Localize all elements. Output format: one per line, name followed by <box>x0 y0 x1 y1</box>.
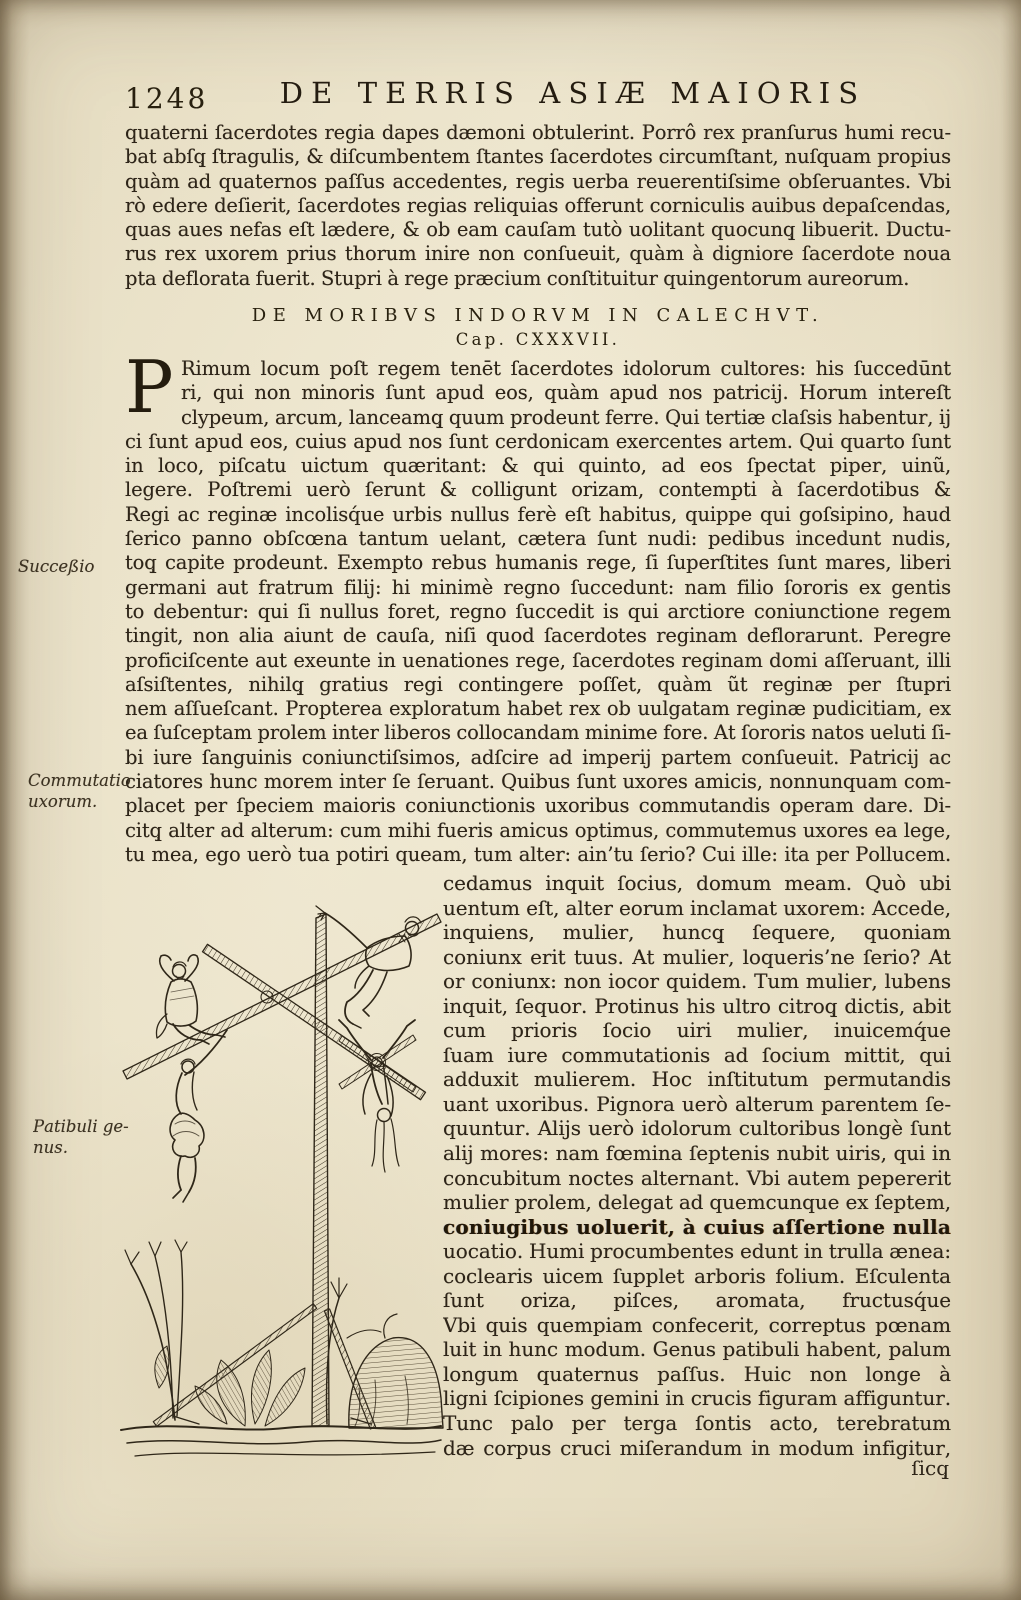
text-line: Regi ac reginæ incolisq́ue urbis nullus … <box>125 503 951 527</box>
figure-climber <box>170 1030 227 1202</box>
text-line: quàm ad quaternos paſſus accedentes, reg… <box>125 170 951 194</box>
text-line: uocatio. Humi procumbentes edunt in trul… <box>443 1239 951 1264</box>
margin-note-commutatio-uxorum: Commutatiouxorum. <box>28 770 146 812</box>
text-line: rò edere deſierit, ſacerdotes regias rel… <box>125 194 951 218</box>
text-line: bat abſq̧ ſtragulis, & diſcumbentem ſtan… <box>125 145 951 169</box>
text-line: aſsiſtentes, nihilq̧ gratius regi contin… <box>125 673 951 697</box>
text-line: Vbi quis quempiam confecerit, correptus … <box>443 1313 951 1338</box>
text-line: clypeum, arcum, lanceamq̧ quum prodeunt … <box>181 406 951 430</box>
text-line: uentum eſt, alter eorum inclamat uxorem:… <box>443 896 951 921</box>
text-line: concubitum noctes alternant. Vbi autem p… <box>443 1166 951 1191</box>
text-line: citq̧ alter ad alterum: cum mihi fueris … <box>125 819 951 843</box>
catchword: ſicq̧ <box>911 1456 949 1480</box>
text-line: longum quaternus paſſus. Huic non longe … <box>443 1362 951 1387</box>
margin-note-successio-regum: Succeßio regū <box>18 556 126 577</box>
text-line: germani aut fratrum filij: hi minimè reg… <box>125 576 951 600</box>
text-line: pta deflorata fuerit. Stupri à rege præc… <box>125 267 951 291</box>
text-line: inquit, ſequor. Protinus his ultro citro… <box>443 994 951 1019</box>
text-line: uant uxoribus. Pignora uerò alterum pare… <box>443 1092 951 1117</box>
text-line: dæ corpus cruci miſerandum in modum infi… <box>443 1436 951 1461</box>
dropcap-initial: P <box>125 357 181 406</box>
text-line: quuntur. Alijs uerò idolorum cultoribus … <box>443 1116 951 1141</box>
text-line: luit in hunc modum. Genus patibuli haben… <box>443 1337 951 1362</box>
text-line: rus rex uxorem prius thorum inire non co… <box>125 242 951 266</box>
figure-hanged-body <box>339 1020 416 1172</box>
text-line: cum prioris ſocio uiri mulier, inuicemq́… <box>443 1018 951 1043</box>
chapter-heading: DE MORIBVS INDORVM IN CALECHVT. <box>125 305 951 326</box>
text-line: coclearis uicem ſupplet arboris folium. … <box>443 1264 951 1289</box>
text-line: uxorum. <box>28 791 146 812</box>
text-line: placet per ſpeciem maioris coniunctionis… <box>125 794 951 818</box>
text-line: bi iure ſanguinis coniunctiſsimos, adſci… <box>125 746 951 770</box>
chapter-number: Cap. CXXXVII. <box>125 330 951 349</box>
text-line: ri, qui non minoris ſunt apud eos, quàm … <box>181 381 951 405</box>
running-title: DE TERRIS ASIÆ MAIORIS <box>195 76 951 110</box>
text-line: Commutatio <box>28 770 146 791</box>
text-line: quas aues nefas eſt lædere, & ob eam cau… <box>125 218 951 242</box>
text-line: to debentur: qui ſi nullus foret, regno … <box>125 600 951 624</box>
gallows-pole <box>312 914 329 1426</box>
text-line: Rimum locum poſt regem tenēt ſacerdotes … <box>181 357 951 381</box>
text-line: inquiens, mulier, huncq̧ ſequere, quonia… <box>443 920 951 945</box>
text-line: ſerico panno obſcœna tantum uelant, cæte… <box>125 527 951 551</box>
text-line: adduxit mulierem. Hoc inſtitutum permuta… <box>443 1067 951 1092</box>
text-line: Succeßio regū <box>18 556 126 577</box>
text-line: ci ſunt apud eos, cuius apud nos ſunt ce… <box>125 430 951 454</box>
text-line: ea ſuſceptam prolem inter liberos colloc… <box>125 721 951 745</box>
text-line: coniunx erit tuus. At mulier, loqueris’n… <box>443 945 951 970</box>
text-line: tu mea, ego uerò tua potiri queam, tum a… <box>125 843 951 867</box>
text-line: proficiſcente aut exeunte in uenationes … <box>125 649 951 673</box>
book-page: 1248 DE TERRIS ASIÆ MAIORIS quaterni ſac… <box>0 0 1021 1600</box>
text-line: ciatores hunc morem inter ſe ſeruant. Qu… <box>125 770 951 794</box>
patibulum-woodcut-illustration <box>115 868 447 1465</box>
text-line: or coniunx: non iocor quidem. Tum mulier… <box>443 969 951 994</box>
intro-paragraph: quaterni ſacerdotes regia dapes dæmoni o… <box>125 121 951 291</box>
text-line: tingit, non alia aiunt de cauſa, niſi qu… <box>125 624 951 648</box>
text-line: alij mores: nam fœmina ſeptenis nubit ui… <box>443 1141 951 1166</box>
column-paragraph: cedamus inquit ſocius, domum meam. Quò u… <box>443 871 951 1460</box>
text-line: in loco, piſcatu uictum quæritant: & qui… <box>125 454 951 478</box>
running-head: 1248 DE TERRIS ASIÆ MAIORIS <box>125 76 951 120</box>
text-line: quaterni ſacerdotes regia dapes dæmoni o… <box>125 121 951 145</box>
text-line: ligni ſcipiones gemini in crucis figuram… <box>443 1386 951 1411</box>
text-line: coniugibus uoluerit, à cuius aſſertione … <box>443 1215 951 1240</box>
patibulum-woodcut-icon <box>115 868 447 1465</box>
body-paragraph: P Rimum locum poſt regem tenēt ſacerdote… <box>125 357 951 867</box>
vegetation <box>125 1240 381 1426</box>
text-line: mulier prolem, delegat ad quemcunque ex … <box>443 1190 951 1215</box>
text-line: legere. Poſtremi uerò ſerunt & colligunt… <box>125 478 951 502</box>
text-line: cedamus inquit ſocius, domum meam. Quò u… <box>443 871 951 896</box>
text-line: Tunc palo per terga ſontis acto, terebra… <box>443 1411 951 1436</box>
text-line: nem aſſueſcant. Propterea exploratum hab… <box>125 697 951 721</box>
text-line: ſuam iure commutationis ad ſocium mittit… <box>443 1043 951 1068</box>
text-line: toq̧ capite prodeunt. Exempto rebus huma… <box>125 551 951 575</box>
text-line: ſunt oriza, piſces, aromata, fructusq́ue… <box>443 1288 951 1313</box>
